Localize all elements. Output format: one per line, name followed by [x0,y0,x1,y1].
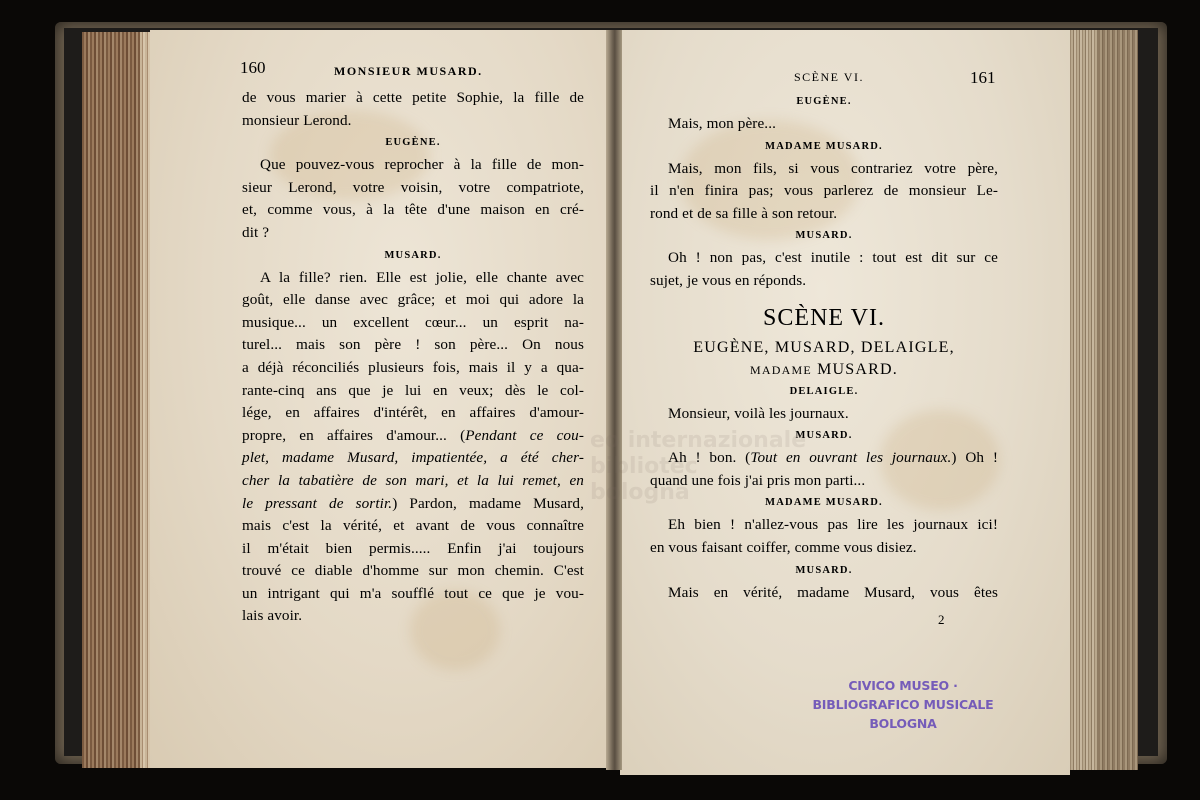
text-line: de vous marier à cette petite Sophie, la… [242,87,584,110]
scene-title: SCÈNE VI. [650,299,998,337]
speaker-name: MADAME MUSARD. [650,492,998,514]
text-line-mixed: le pressant de sortir.) Pardon, madame M… [242,493,584,516]
text-line: Que pouvez-vous reprocher à la fille de … [242,154,584,177]
text-line: trouvé ce diable d'homme sur mon chemin.… [242,560,584,583]
signature-mark: 2 [938,612,945,628]
text-line: Mais, mon père... [650,113,998,136]
text-line: goût, elle danse avec grâce; et moi qui … [242,289,584,312]
right-page-block-edge-dark [1098,30,1138,770]
text-line-italic: cher la tabatière de son mari, et la lui… [242,470,584,493]
speaker-name: EUGÈNE. [650,91,998,113]
text-line: Eh bien ! n'allez-vous pas lire les jour… [650,514,998,537]
page-number-right: 161 [970,68,996,88]
text-line: sieur Lerond, votre voisin, votre compat… [242,177,584,200]
cast-list: EUGÈNE, MUSARD, DELAIGLE, [650,337,998,359]
text-line: il n'en finira pas; vous parlerez de mon… [650,180,998,203]
text-line: A la fille? rien. Elle est jolie, elle c… [242,267,584,290]
text-line: monsieur Lerond. [242,110,584,133]
text-line: lége, en affaires d'intérêt, en affaires… [242,402,584,425]
speaker-name: MUSARD. [650,425,998,447]
text-line: et, comme vous, à la tête d'une maison e… [242,199,584,222]
speaker-name: MUSARD. [650,225,998,247]
text-line: sujet, je vous en réponds. [650,270,998,293]
text-line: en vous faisant coiffer, comme vous disi… [650,537,998,560]
text-line: un intrigant qui m'a soufflé tout ce que… [242,583,584,606]
running-head-left: MONSIEUR MUSARD. [334,64,483,79]
text-line: Oh ! non pas, c'est inutile : tout est d… [650,247,998,270]
book-gutter [606,30,622,770]
text-line: musique... un excellent cœur... un espri… [242,312,584,335]
right-page-text: EUGÈNE. Mais, mon père... MADAME MUSARD.… [650,91,998,604]
running-head-right: SCÈNE VI. [794,70,864,85]
cast-list: MADAME MUSARD. [650,359,998,381]
text-line: lais avoir. [242,605,584,628]
speaker-name: MADAME MUSARD. [650,136,998,158]
left-page-text: de vous marier à cette petite Sophie, la… [242,87,584,628]
text-line: quand une fois j'ai pris mon parti... [650,470,998,493]
text-line: rond et de sa fille à son retour. [650,203,998,226]
page-number-left: 160 [240,58,266,78]
text-line-mixed: propre, en affaires d'amour... (Pendant … [242,425,584,448]
text-line: il m'était bien permis..... Enfin j'ai t… [242,538,584,561]
speaker-name: MUSARD. [242,245,584,267]
text-line: mais c'est la vérité, et avant de vous c… [242,515,584,538]
text-line: Monsieur, voilà les journaux. [650,403,998,426]
text-line-mixed: Ah ! bon. (Tout en ouvrant les journaux.… [650,447,998,470]
library-stamp: CIVICO MUSEO · BIBLIOGRAFICO MUSICALE BO… [808,676,998,733]
text-line: Mais, mon fils, si vous contrariez votre… [650,158,998,181]
speaker-name: DELAIGLE. [650,381,998,403]
text-line-italic: plet, madame Musard, impatientée, a été … [242,447,584,470]
speaker-name: EUGÈNE. [242,132,584,154]
text-line: turel... mais son père ! son père... On … [242,334,584,357]
speaker-name: MUSARD. [650,560,998,582]
text-line: a déjà réconciliés plusieurs fois, mais … [242,357,584,380]
text-line: rante-cinq ans que je lui en veux; dès l… [242,380,584,403]
text-line: Mais en vérité, madame Musard, vous êtes [650,582,998,605]
text-line: dit ? [242,222,584,245]
